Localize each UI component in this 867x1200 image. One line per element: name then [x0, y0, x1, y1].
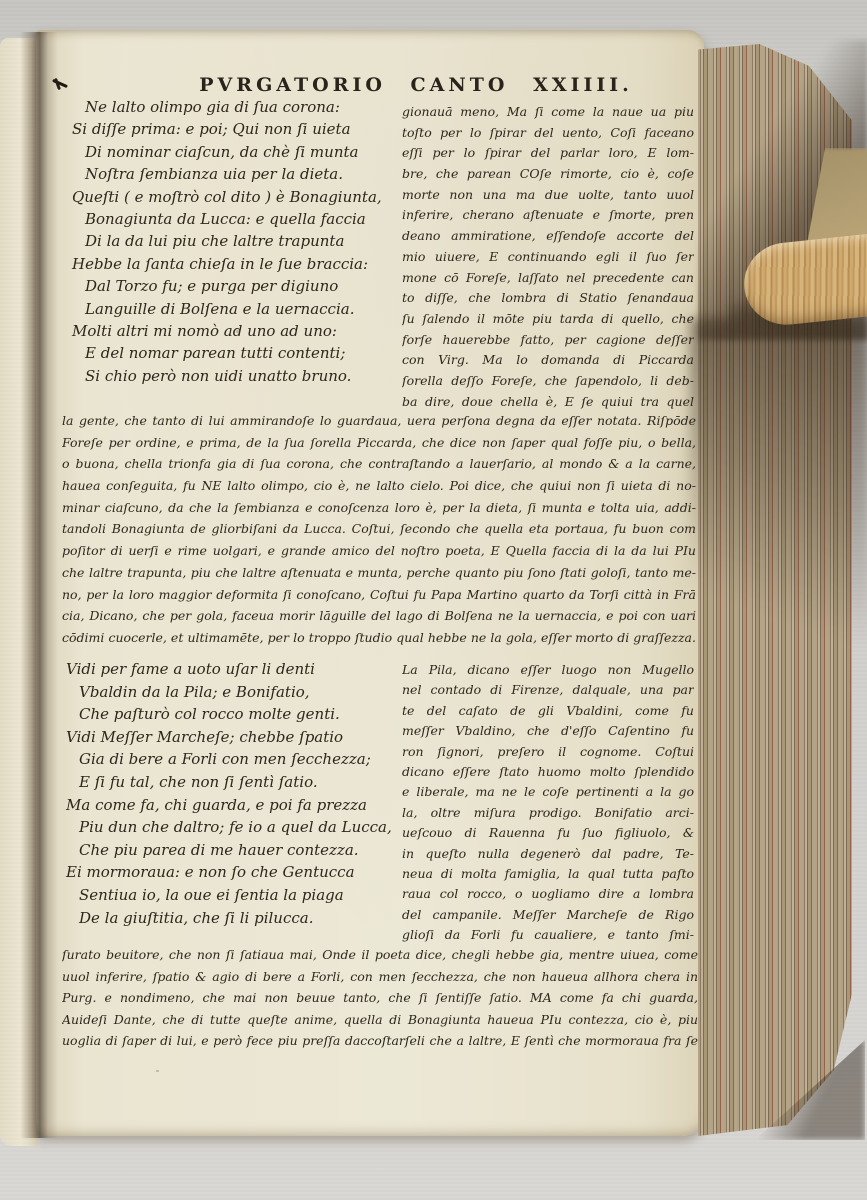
commentary-line: e liberale, ma ne le coſe pertinenti a l…: [402, 782, 694, 802]
commentary-line: eſſi per lo ſpirar del parlar loro, E lo…: [402, 143, 694, 164]
commentary-line: ſurato beuitore, che non ſi ſatiaua mai,…: [62, 944, 698, 966]
commentary-line: la, oltre miſura prodigo. Bonifatio arci…: [402, 803, 694, 823]
commentary-column-2: La Pila, dicano eſſer luogo non Mugellon…: [402, 660, 694, 945]
commentary-line: forſe hauerebbe fatto, per cagione deſſe…: [402, 330, 694, 351]
commentary-line: Auideſi Dante, che di tutte queſte anime…: [62, 1009, 698, 1031]
verse-line: Che piu parea di me hauer contezza.: [66, 839, 400, 862]
verse-line: Che paſturò col rocco molte genti.: [66, 703, 400, 726]
commentary-line: in queſto nulla degenerò dal padre, Te-: [402, 844, 694, 864]
verse-line: Molti altri mi nomò ad uno ad uno:: [72, 320, 406, 342]
commentary-line: te del caſato de gli Vbaldini, come fu: [402, 701, 694, 721]
commentary-line: glioſi da Forli fu caualiere, e tanto ſm…: [402, 925, 694, 945]
verse-line: Noſtra ſembianza uia per la dieta.: [72, 163, 406, 185]
commentary-line: uoglia di ſaper di lui, e però fece piu …: [62, 1030, 698, 1052]
commentary-line: deano ammiratione, eſſendoſe accorte del: [402, 226, 694, 247]
commentary-line: inferire, cherano aſtenuate e ſmorte, pr…: [402, 205, 694, 226]
commentary-line: dicano eſſere ſtato huomo molto ſplendid…: [402, 762, 694, 782]
page-header: PVRGATORIO CANTO XXIIII.: [176, 74, 656, 96]
commentary-line: mone cō Foreſe, laſſato nel precedente c…: [402, 268, 694, 289]
commentary-line: Purg. e nondimeno, che mai non beuue tan…: [62, 987, 698, 1009]
commentary-line: to diſſe, che lombra di Statio ſenandaua: [402, 288, 694, 309]
commentary-line: nel contado di Firenze, dalquale, una pa…: [402, 680, 694, 700]
commentary-line: del campanile. Meſſer Marcheſe de Rigo: [402, 905, 694, 925]
verse-line: Di la da lui piu che laltre trapunta: [72, 230, 406, 252]
verse-line: Queſti ( e moſtrò col dito ) è Bonagiunt…: [72, 186, 406, 208]
commentary-line: La Pila, dicano eſſer luogo non Mugello: [402, 660, 694, 680]
commentary-line: Foreſe per ordine, e prima, de la ſua ſo…: [62, 432, 696, 454]
commentary-line: con Virg. Ma lo domanda di Piccarda: [402, 350, 694, 371]
commentary-line: hauea conſeguita, fu NE lalto olimpo, ci…: [62, 475, 696, 497]
commentary-line: morte non una ma due uolte, tanto uuol: [402, 185, 694, 206]
verse-line: Hebbe la ſanta chieſa in le ſue braccia:: [72, 253, 406, 275]
commentary-line: no, per la loro maggior deformita ſi con…: [62, 584, 696, 606]
commentary-line: mio uiuere, E continuando egli il ſuo ſe…: [402, 247, 694, 268]
verse-column-1: Ne lalto olimpo gia di ſua corona:Si diſ…: [72, 96, 406, 387]
fore-edge-shadow-bottom: [690, 318, 867, 678]
commentary-line: cia, Dicano, che per gola, faceua morir …: [62, 605, 696, 627]
commentary-line: ron ſignori, preſero il cognome. Coſtui: [402, 742, 694, 762]
commentary-line: toſto per lo ſpirar del uento, Coſi face…: [402, 123, 694, 144]
commentary-line: ſorella deſſo Foreſe, che ſapendolo, li …: [402, 371, 694, 392]
commentary-line: cōdimi cuocerle, et ultimamēte, per lo t…: [62, 627, 696, 649]
commentary-line: neua di molta famiglia, la qual tutta pa…: [402, 864, 694, 884]
verse-line: Ei mormoraua: e non ſo che Gentucca: [66, 861, 400, 884]
commentary-line: ſu ſalendo il mōte piu tarda di quello, …: [402, 309, 694, 330]
verse-line: E del nomar parean tutti contenti;: [72, 342, 406, 364]
verse-line: Di nominar ciaſcun, da chè ſi munta: [72, 141, 406, 163]
commentary-block-1: la gente, che tanto di lui ammirandoſe l…: [62, 410, 696, 649]
verse-line: Vbaldin da la Pila; e Bonifatio,: [66, 681, 400, 704]
page-text-layer: PVRGATORIO CANTO XXIIII. Ne lalto olimpo…: [36, 30, 704, 1136]
verse-line: Gia di bere a Forli con men ſecchezza;: [66, 748, 400, 771]
book-photo: PVRGATORIO CANTO XXIIII. Ne lalto olimpo…: [0, 0, 867, 1200]
verse-line: Bonagiunta da Lucca: e quella faccia: [72, 208, 406, 230]
commentary-line: bre, che parean COſe rimorte, cio è, coſ…: [402, 164, 694, 185]
commentary-block-2: ſurato beuitore, che non ſi ſatiaua mai,…: [62, 944, 698, 1052]
commentary-line: meſſer Vbaldino, che d'eſſo Caſentino fu: [402, 721, 694, 741]
verse-line: Vidi per fame a uoto uſar li denti: [66, 658, 400, 681]
verse-column-2: Vidi per fame a uoto uſar li dentiVbaldi…: [66, 658, 400, 929]
verse-line: Sentiua io, la oue ei ſentia la piaga: [66, 884, 400, 907]
verse-line: De la giuſtitia, che ſi li pilucca.: [66, 907, 400, 930]
verse-line: Dal Torzo fu; e purga per digiuno: [72, 275, 406, 297]
verse-line: Piu dun che daltro; fe io a quel da Lucc…: [66, 816, 400, 839]
commentary-line: gionauā meno, Ma ſi come la naue ua piu: [402, 102, 694, 123]
commentary-line: minar ciaſcuno, da che la ſembianza e co…: [62, 497, 696, 519]
verse-line: Languille di Bolſena e la uernaccia.: [72, 298, 406, 320]
commentary-line: ueſcouo di Rauenna fu ſuo figliuolo, &: [402, 823, 694, 843]
commentary-line: poſitor di uerſi e rime uolgari, e grand…: [62, 540, 696, 562]
commentary-line: uuol inferire, ſpatio & agio di bere a F…: [62, 966, 698, 988]
verse-line: Ne lalto olimpo gia di ſua corona:: [72, 96, 406, 118]
verse-line: E ſi fu tal, che non ſi ſentì ſatio.: [66, 771, 400, 794]
commentary-line: o buona, chella trionfa gia di ſua coron…: [62, 453, 696, 475]
commentary-line: tandoli Bonagiunta de gliorbiſani da Luc…: [62, 518, 696, 540]
commentary-column-1: gionauā meno, Ma ſi come la naue ua piut…: [402, 102, 694, 412]
commentary-line: che laltre trapunta, piu che laltre aſte…: [62, 562, 696, 584]
verse-line: Si diſſe prima: e poi; Qui non ſi uieta: [72, 118, 406, 140]
verse-line: Ma come fa, chi guarda, e poi fa prezza: [66, 794, 400, 817]
gutter-shadow: [20, 32, 58, 1138]
verse-line: Si chio però non uidi unatto bruno.: [72, 365, 406, 387]
commentary-line: raua col rocco, o uogliamo dire a lombra: [402, 884, 694, 904]
commentary-line: la gente, che tanto di lui ammirandoſe l…: [62, 410, 696, 432]
verse-line: Vidi Meſſer Marcheſe; chebbe ſpatio: [66, 726, 400, 749]
